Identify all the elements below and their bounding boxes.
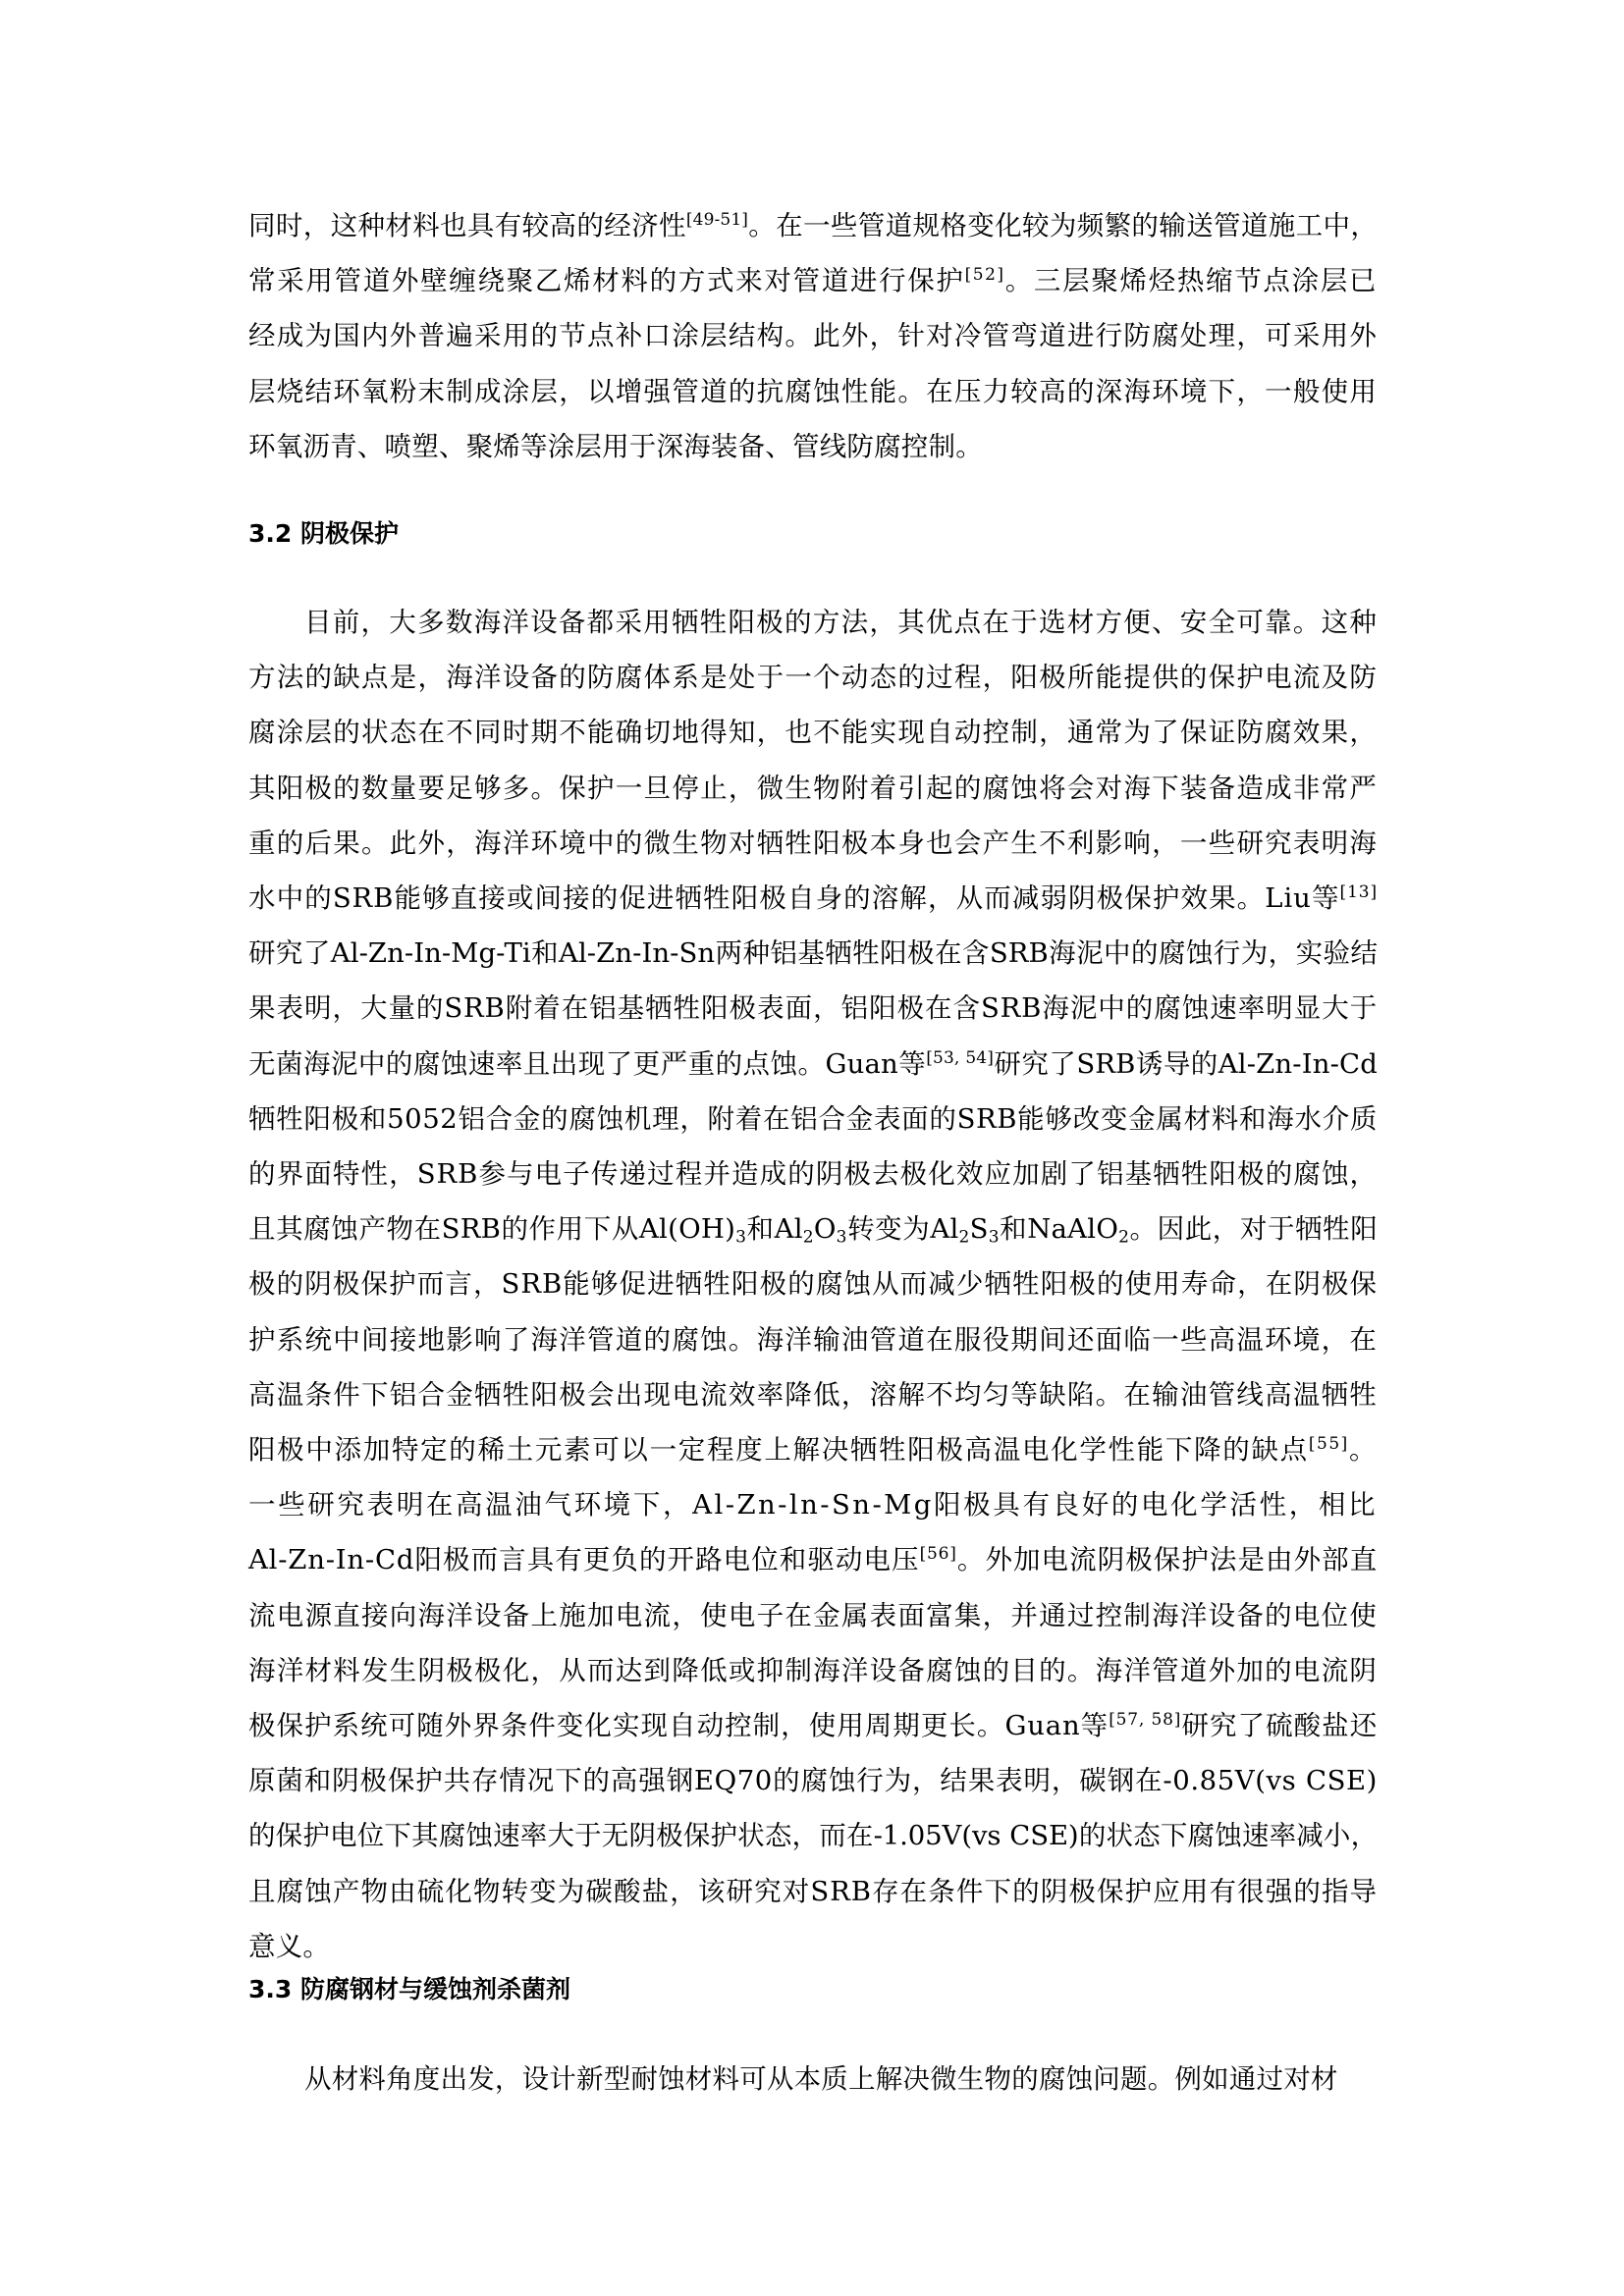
paragraph-cathodic-protection: 目前，大多数海洋设备都采用牺牲阳极的方法，其优点在于选材方便、安全可靠。这种方法… (248, 595, 1378, 1974)
citation-ref: [13] (1340, 882, 1378, 902)
citation-ref: [53, 54] (926, 1047, 994, 1067)
text-line: 层烧结环氧粉末制成涂层，以增强管道的抗腐蚀性能。在压力较高的深海环境下，一般使用 (248, 364, 1378, 419)
text-line: 重的后果。此外，海洋环境中的微生物对牺牲阳极本身也会产生不利影响，一些研究表明海 (248, 816, 1378, 871)
text-line: 阳极中添加特定的稀土元素可以一定程度上解决牺牲阳极高温电化学性能下降的缺点[55… (248, 1422, 1378, 1477)
section-heading-3-3: 3.3 防腐钢材与缓蚀剂杀菌剂 (248, 1970, 1378, 2005)
text-line: 其阳极的数量要足够多。保护一旦停止，微生物附着引起的腐蚀将会对海下装备造成非常严 (248, 761, 1378, 816)
text-line: 护系统中间接地影响了海洋管道的腐蚀。海洋输油管道在服役期间还面临一些高温环境，在 (248, 1312, 1378, 1367)
subscript: 3 (735, 1227, 746, 1247)
text-line: 的保护电位下其腐蚀速率大于无阴极保护状态，而在-1.05V(vs CSE)的状态… (248, 1808, 1378, 1863)
subscript: 2 (959, 1227, 970, 1247)
text-line: 无菌海泥中的腐蚀速率且出现了更严重的点蚀。Guan等[53, 54]研究了SRB… (248, 1037, 1378, 1092)
text-line: 且腐蚀产物由硫化物转变为碳酸盐，该研究对SRB存在条件下的阴极保护应用有很强的指… (248, 1864, 1378, 1919)
text-line: 的界面特性，SRB参与电子传递过程并造成的阴极去极化效应加剧了铝基牺牲阳极的腐蚀… (248, 1147, 1378, 1201)
text-line: 原菌和阴极保护共存情况下的高强钢EQ70的腐蚀行为，结果表明，碳钢在-0.85V… (248, 1753, 1378, 1808)
text-line: 目前，大多数海洋设备都采用牺牲阳极的方法，其优点在于选材方便、安全可靠。这种 (248, 595, 1378, 650)
text-line: 且其腐蚀产物在SRB的作用下从Al(OH)3和Al2O3转变为Al2S3和NaA… (248, 1201, 1378, 1256)
text-line: 常采用管道外壁缠绕聚乙烯材料的方式来对管道进行保护[52]。三层聚烯烃热缩节点涂… (248, 253, 1378, 308)
subscript: 3 (989, 1227, 1000, 1247)
text-line: 研究了Al-Zn-In-Mg-Ti和Al-Zn-In-Sn两种铝基牺牲阳极在含S… (248, 926, 1378, 981)
text-line: 同时，这种材料也具有较高的经济性[49-51]。在一些管道规格变化较为频繁的输送… (248, 198, 1378, 253)
citation-ref: [57, 58] (1109, 1710, 1181, 1730)
section-title: 3.2 阴极保护 (248, 514, 1378, 550)
text-line: 极保护系统可随外界条件变化实现自动控制，使用周期更长。Guan等[57, 58]… (248, 1698, 1378, 1753)
text-line: 海洋材料发生阴极极化，从而达到降低或抑制海洋设备腐蚀的目的。海洋管道外加的电流阴 (248, 1643, 1378, 1698)
section-title: 3.3 防腐钢材与缓蚀剂杀菌剂 (248, 1970, 1378, 2005)
citation-ref: [56] (920, 1544, 957, 1564)
paragraph-body: 目前，大多数海洋设备都采用牺牲阳极的方法，其优点在于选材方便、安全可靠。这种方法… (248, 595, 1378, 1974)
paragraph-anticorrosion-materials: 从材料角度出发，设计新型耐蚀材料可从本质上解决微生物的腐蚀问题。例如通过对材 (248, 2052, 1378, 2107)
text-line: 果表明，大量的SRB附着在铝基牺牲阳极表面，铝阳极在含SRB海泥中的腐蚀速率明显… (248, 981, 1378, 1036)
text-line: 腐涂层的状态在不同时期不能确切地得知，也不能实现自动控制，通常为了保证防腐效果， (248, 705, 1378, 760)
citation-ref: [49-51] (686, 210, 748, 230)
subscript: 2 (803, 1227, 814, 1247)
text-line: 高温条件下铝合金牺牲阳极会出现电流效率降低，溶解不均匀等缺陷。在输油管线高温牺牲 (248, 1367, 1378, 1422)
text-line: 流电源直接向海洋设备上施加电流，使电子在金属表面富集，并通过控制海洋设备的电位使 (248, 1588, 1378, 1643)
subscript: 2 (1118, 1227, 1129, 1247)
subscript: 3 (837, 1227, 847, 1247)
text-line: 牺牲阳极和5052铝合金的腐蚀机理，附着在铝合金表面的SRB能够改变金属材料和海… (248, 1092, 1378, 1147)
section-heading-3-2: 3.2 阴极保护 (248, 514, 1378, 550)
paragraph-coatings: 同时，这种材料也具有较高的经济性[49-51]。在一些管道规格变化较为频繁的输送… (248, 198, 1378, 474)
citation-ref: [55] (1309, 1434, 1349, 1454)
citation-ref: [52] (965, 265, 1005, 285)
text-line: Al-Zn-In-Cd阳极而言具有更负的开路电位和驱动电压[56]。外加电流阴极… (248, 1532, 1378, 1587)
text-line: 经成为国内外普遍采用的节点补口涂层结构。此外，针对冷管弯道进行防腐处理，可采用外 (248, 308, 1378, 363)
text-line: 从材料角度出发，设计新型耐蚀材料可从本质上解决微生物的腐蚀问题。例如通过对材 (248, 2052, 1378, 2107)
text-line: 方法的缺点是，海洋设备的防腐体系是处于一个动态的过程，阳极所能提供的保护电流及防 (248, 650, 1378, 705)
text-line: 意义。 (248, 1919, 1378, 1974)
paragraph-body: 从材料角度出发，设计新型耐蚀材料可从本质上解决微生物的腐蚀问题。例如通过对材 (248, 2052, 1378, 2107)
paragraph-body: 同时，这种材料也具有较高的经济性[49-51]。在一些管道规格变化较为频繁的输送… (248, 198, 1378, 474)
text-line: 极的阴极保护而言，SRB能够促进牺牲阳极的腐蚀从而减少牺牲阳极的使用寿命，在阴极… (248, 1256, 1378, 1311)
text-line: 环氧沥青、喷塑、聚烯等涂层用于深海装备、管线防腐控制。 (248, 419, 1378, 474)
document-page: 同时，这种材料也具有较高的经济性[49-51]。在一些管道规格变化较为频繁的输送… (0, 0, 1624, 2296)
text-line: 水中的SRB能够直接或间接的促进牺牲阳极自身的溶解，从而减弱阴极保护效果。Liu… (248, 871, 1378, 926)
text-line: 一些研究表明在高温油气环境下，Al-Zn-ln-Sn-Mg阳极具有良好的电化学活… (248, 1477, 1378, 1532)
